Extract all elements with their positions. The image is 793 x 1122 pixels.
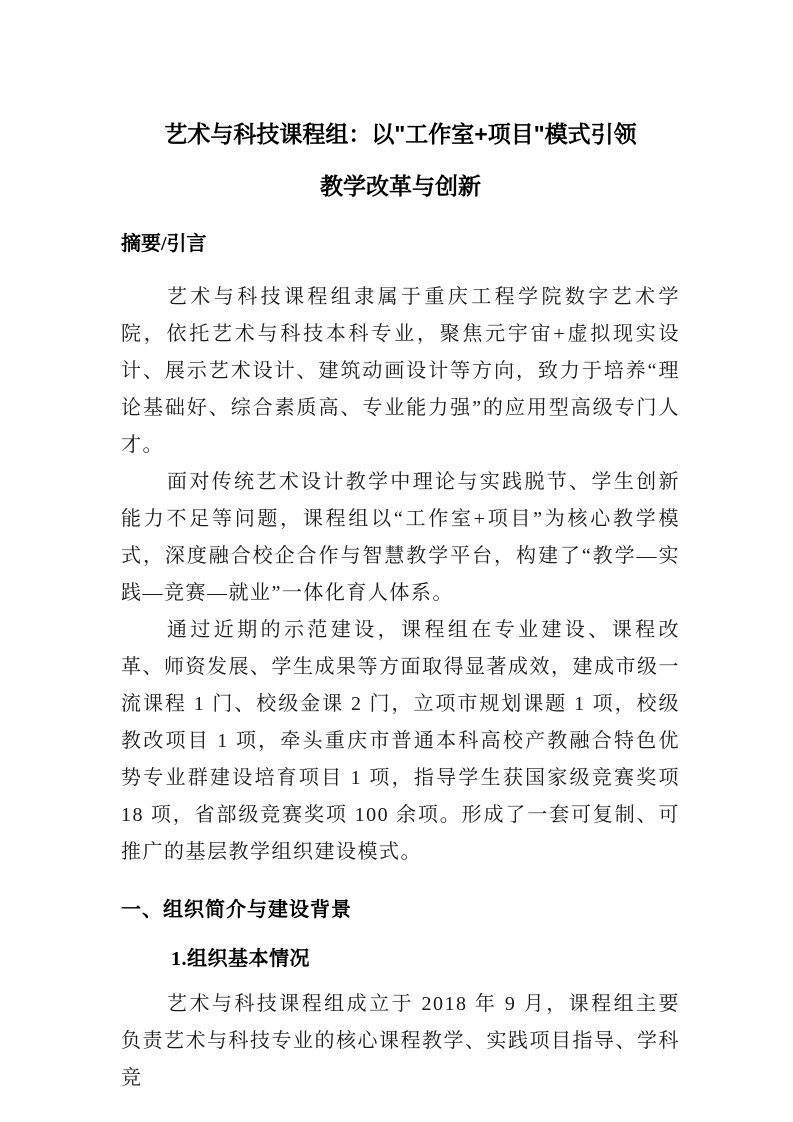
abstract-heading: 摘要/引言 [121,226,680,263]
document-page: 艺术与科技课程组：以"工作室+项目"模式引领 教学改革与创新 摘要/引言 艺术与… [0,0,793,1122]
title-line-1: 艺术与科技课程组：以"工作室+项目"模式引领 [121,108,680,160]
section-1-paragraph: 艺术与科技课程组成立于 2018 年 9 月，课程组主要负责艺术与科技专业的核心… [121,986,680,1097]
abstract-paragraph-2: 面对传统艺术设计教学中理论与实践脱节、学生创新能力不足等问题，课程组以“工作室+… [121,464,680,612]
document-title: 艺术与科技课程组：以"工作室+项目"模式引领 教学改革与创新 [121,108,680,212]
subsection-1-1-heading: 1.组织基本情况 [171,941,680,978]
abstract-paragraph-1: 艺术与科技课程组隶属于重庆工程学院数字艺术学院，依托艺术与科技本科专业，聚焦元宇… [121,279,680,464]
title-line-2: 教学改革与创新 [121,160,680,212]
abstract-paragraph-3: 通过近期的示范建设，课程组在专业建设、课程改革、师资发展、学生成果等方面取得显著… [121,612,680,871]
section-1-heading: 一、组织简介与建设背景 [121,892,680,929]
